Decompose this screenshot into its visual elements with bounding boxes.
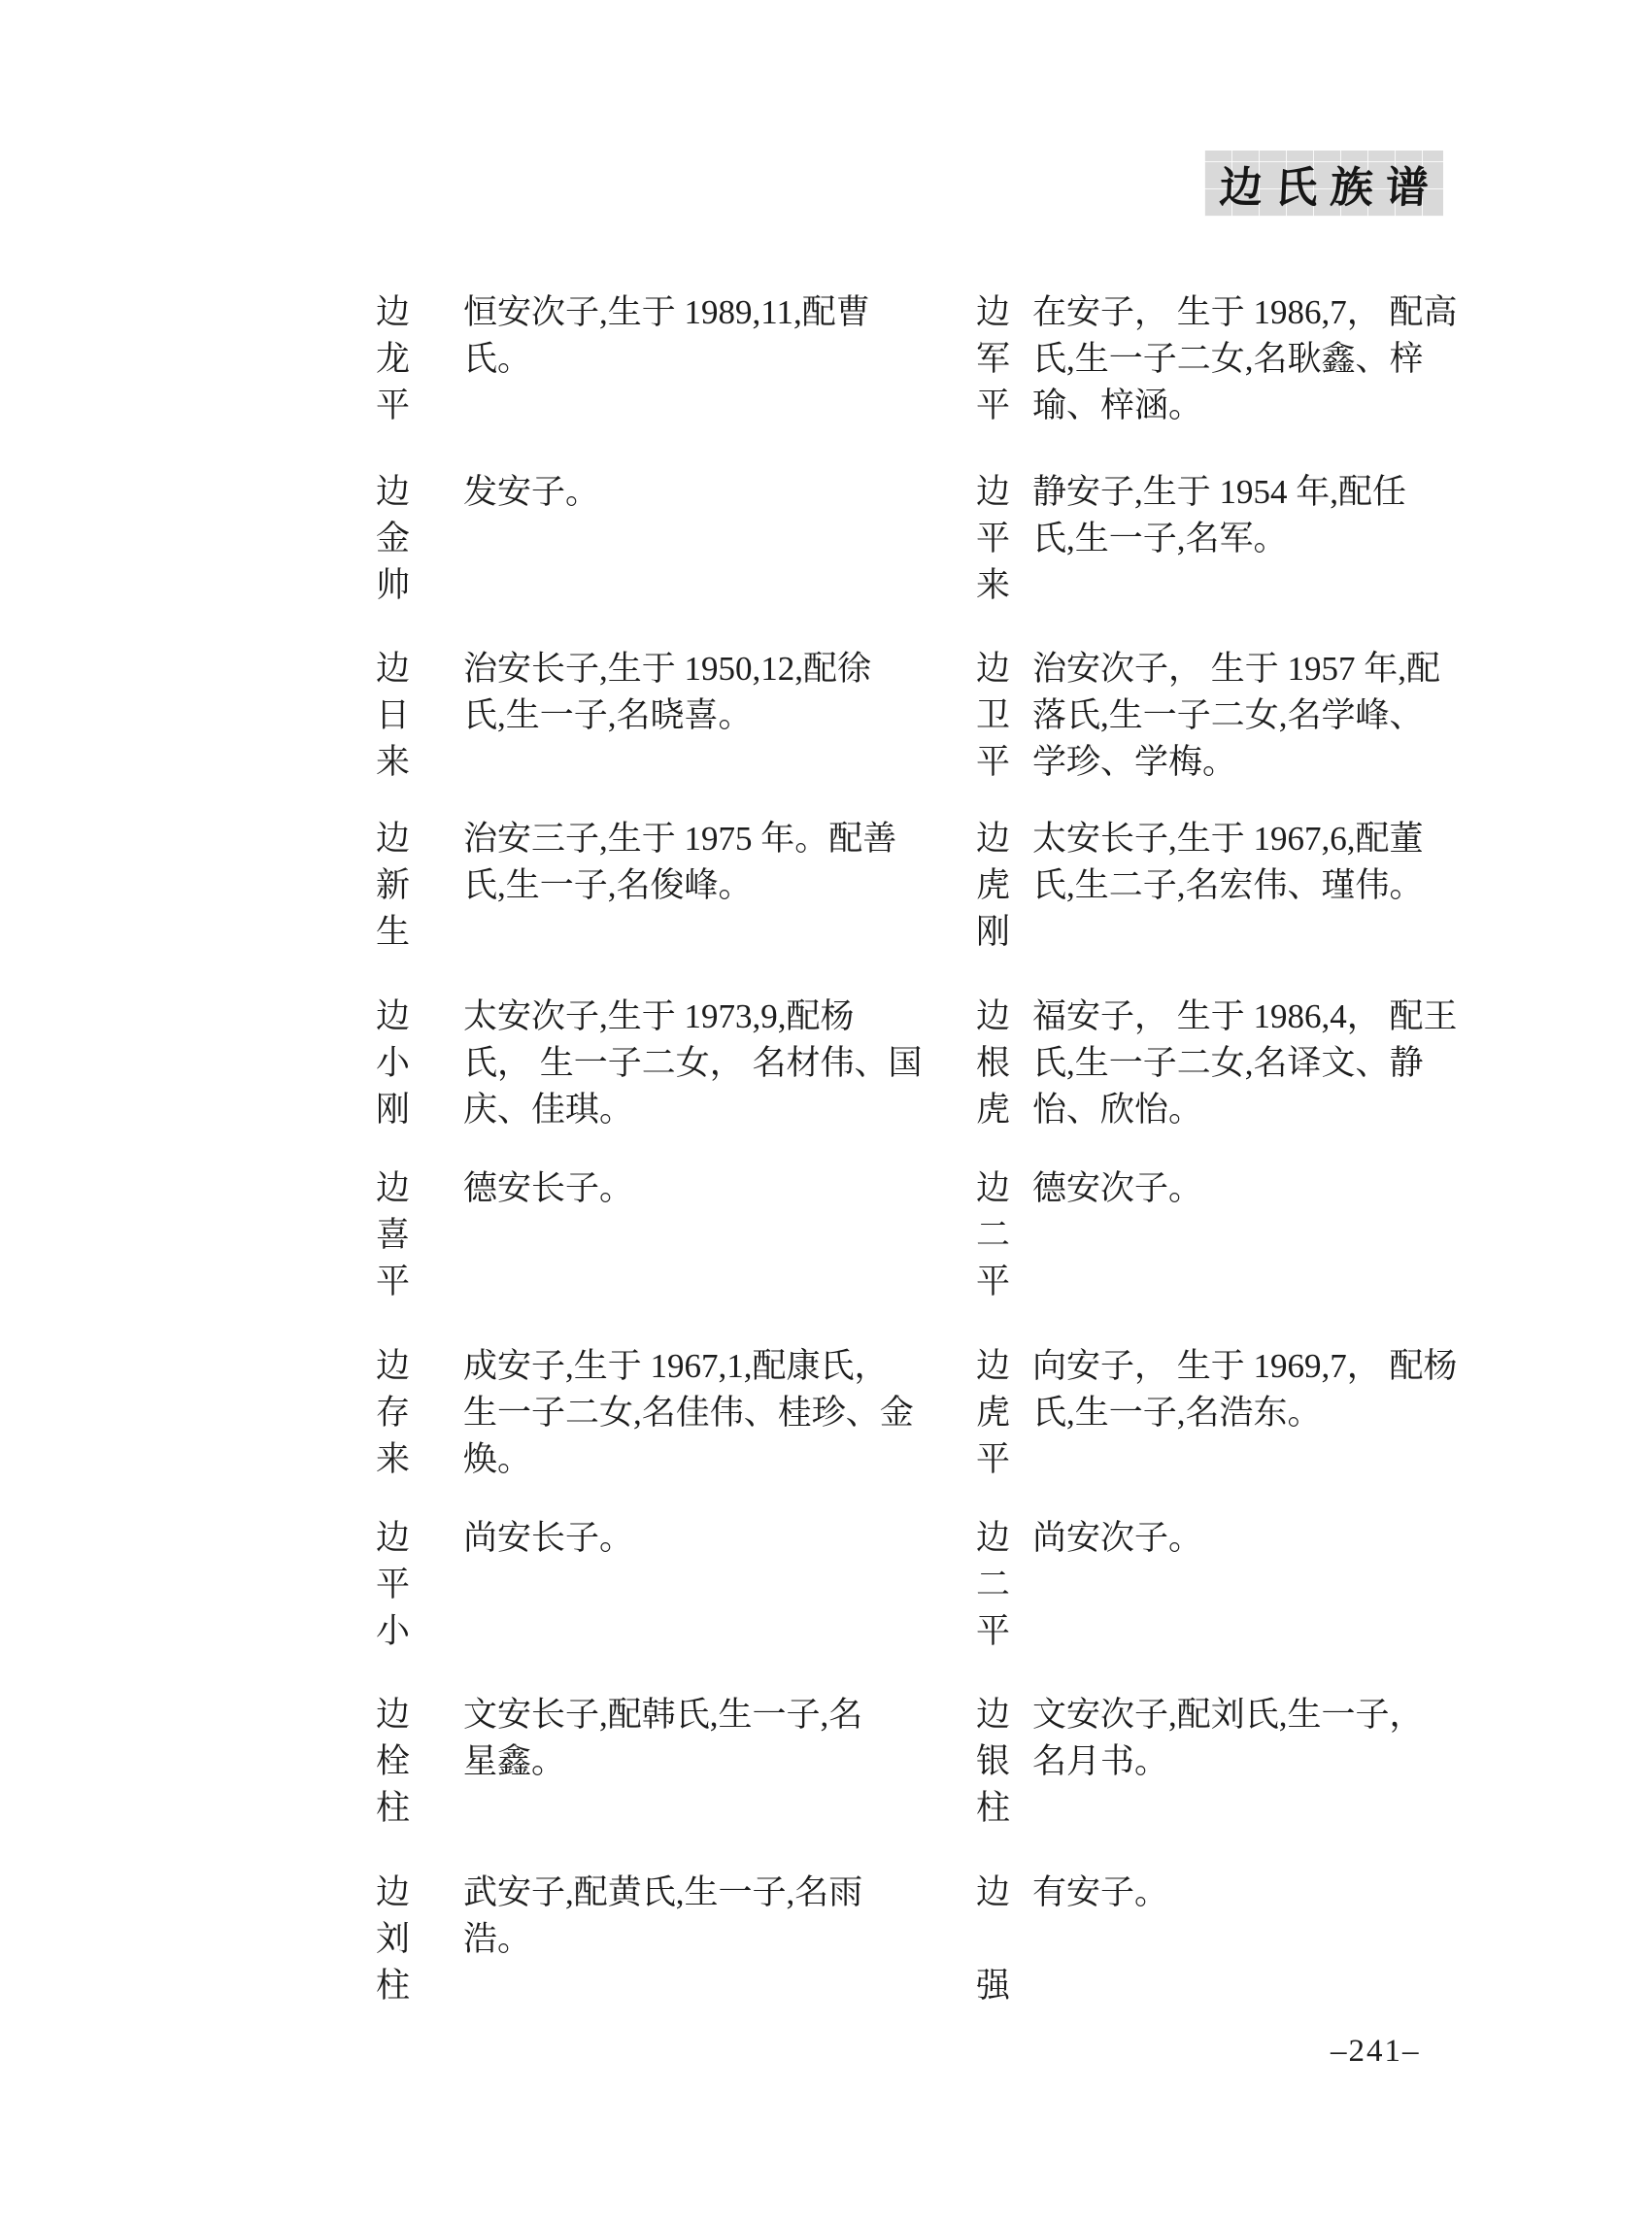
name-char: 来: [376, 739, 415, 786]
name-char: 来: [976, 562, 1015, 609]
name-char: 新: [376, 862, 415, 909]
description-line: 氏,生二子,名宏伟、瑾伟。: [1032, 862, 1424, 909]
description-line: 氏,生一子,名军。: [1032, 516, 1406, 562]
description-line: 文安长子,配韩氏,生一子,名: [463, 1692, 862, 1738]
description-line: 德安次子。: [1032, 1165, 1202, 1212]
person-name-vertical: 边 二 平: [976, 1165, 1015, 1305]
person-description: 成安子,生于 1967,1,配康氏， 生一子二女,名佳伟、桂珍、金 焕。: [463, 1343, 914, 1483]
person-description: 发安子。: [463, 469, 599, 609]
name-char: 日: [376, 692, 415, 739]
description-line: 恒安次子,生于 1989,11,配曹: [463, 289, 870, 336]
description-line: 名月书。: [1032, 1738, 1424, 1785]
name-char: 卫: [976, 692, 1015, 739]
description-line: [1032, 1963, 1168, 2009]
name-char: 边: [376, 1515, 415, 1562]
description-line: [463, 1259, 633, 1305]
description-line: [1032, 562, 1406, 609]
name-char: 二: [976, 1212, 1015, 1259]
person-name-vertical: 边 军 平: [976, 289, 1015, 429]
name-char: 边: [976, 469, 1015, 516]
person-description: 福安子， 生于 1986,4， 配王 氏,生一子二女,名译文、静 怡、欣怡。: [1032, 994, 1458, 1133]
description-line: 治安三子,生于 1975 年。配善: [463, 816, 896, 862]
person-name-vertical: 边 存 来: [376, 1343, 415, 1483]
description-line: 静安子,生于 1954 年,配任: [1032, 469, 1406, 516]
name-char: 虎: [976, 862, 1015, 909]
person-description: 尚安次子。: [1032, 1515, 1202, 1655]
description-line: 太安长子,生于 1967,6,配董: [1032, 816, 1424, 862]
person-name-vertical: 边 金 帅: [376, 469, 415, 609]
name-char: 边: [376, 1165, 415, 1212]
description-line: 怡、欣怡。: [1032, 1087, 1458, 1133]
name-char: 刘: [376, 1916, 415, 1963]
description-line: 焕。: [463, 1436, 914, 1483]
description-line: 尚安长子。: [463, 1515, 633, 1562]
description-line: 德安长子。: [463, 1165, 633, 1212]
name-char: 虎: [976, 1087, 1015, 1133]
name-char: 金: [376, 516, 415, 562]
person-name-vertical: 边 虎 平: [976, 1343, 1015, 1483]
person-description: 文安次子,配刘氏,生一子， 名月书。: [1032, 1692, 1424, 1832]
description-line: [1032, 1436, 1458, 1483]
person-description: 尚安长子。: [463, 1515, 633, 1655]
name-char: 银: [976, 1738, 1015, 1785]
description-line: 福安子， 生于 1986,4， 配王: [1032, 994, 1458, 1040]
person-name-vertical: 边 虎 刚: [976, 816, 1015, 956]
person-description: 恒安次子,生于 1989,11,配曹 氏。: [463, 289, 870, 429]
name-char: 栓: [376, 1738, 415, 1785]
description-line: [1032, 1608, 1202, 1655]
description-line: [463, 562, 599, 609]
name-char: 平: [976, 1436, 1015, 1483]
description-line: [1032, 1562, 1202, 1608]
description-line: 氏,生一子,名晓喜。: [463, 692, 871, 739]
name-char: 虎: [976, 1390, 1015, 1436]
description-line: 向安子， 生于 1969,7， 配杨: [1032, 1343, 1458, 1390]
description-line: [463, 383, 870, 429]
person-name-vertical: 边 平 来: [976, 469, 1015, 609]
person-name-vertical: 边 新 生: [376, 816, 415, 956]
person-name-vertical: 边 喜 平: [376, 1165, 415, 1305]
person-name-vertical: 边 强: [976, 1870, 1015, 2009]
name-char: 平: [976, 1608, 1015, 1655]
name-char: 柱: [976, 1785, 1015, 1832]
description-line: 武安子,配黄氏,生一子,名雨: [463, 1870, 862, 1916]
person-description: 太安长子,生于 1967,6,配董 氏,生二子,名宏伟、瑾伟。: [1032, 816, 1424, 956]
person-name-vertical: 边 银 柱: [976, 1692, 1015, 1832]
description-line: 氏， 生一子二女， 名材伟、国: [463, 1040, 923, 1087]
description-line: 瑜、梓涵。: [1032, 383, 1458, 429]
name-char: 平: [976, 1259, 1015, 1305]
name-char: 边: [376, 1870, 415, 1916]
name-char: 小: [376, 1608, 415, 1655]
name-char: 刚: [376, 1087, 415, 1133]
name-char: 平: [976, 516, 1015, 562]
description-line: 有安子。: [1032, 1870, 1168, 1916]
description-line: 发安子。: [463, 469, 599, 516]
description-line: 治安次子， 生于 1957 年,配: [1032, 646, 1440, 692]
name-char: 边: [376, 1343, 415, 1390]
name-char: 边: [976, 1343, 1015, 1390]
name-char: 边: [976, 1870, 1015, 1916]
person-name-vertical: 边 平 小: [376, 1515, 415, 1655]
person-name-vertical: 边 龙 平: [376, 289, 415, 429]
person-name-vertical: 边 卫 平: [976, 646, 1015, 786]
description-line: 氏,生一子二女,名译文、静: [1032, 1040, 1458, 1087]
name-char: 龙: [376, 336, 415, 383]
name-char: 边: [976, 994, 1015, 1040]
name-char: 边: [976, 1515, 1015, 1562]
person-name-vertical: 边 二 平: [976, 1515, 1015, 1655]
person-name-vertical: 边 栓 柱: [376, 1692, 415, 1832]
person-name-vertical: 边 根 虎: [976, 994, 1015, 1133]
page-number: –241–: [1331, 2034, 1421, 2070]
name-char: [976, 1916, 1015, 1963]
name-char: 平: [976, 383, 1015, 429]
name-char: 边: [376, 646, 415, 692]
person-description: 德安次子。: [1032, 1165, 1202, 1305]
person-description: 武安子,配黄氏,生一子,名雨 浩。: [463, 1870, 862, 2009]
name-char: 平: [376, 383, 415, 429]
genealogy-page: 边氏族谱 边 龙 平 恒安次子,生于 1989,11,配曹 氏。 边 军 平 在…: [0, 0, 1652, 2226]
description-line: 氏,生一子,名浩东。: [1032, 1390, 1458, 1436]
description-line: [1032, 1212, 1202, 1259]
name-char: 边: [976, 289, 1015, 336]
person-description: 治安次子， 生于 1957 年,配 落氏,生一子二女,名学峰、 学珍、学梅。: [1032, 646, 1440, 786]
description-line: 氏,生一子二女,名耿鑫、梓: [1032, 336, 1458, 383]
name-char: 平: [376, 1562, 415, 1608]
name-char: 二: [976, 1562, 1015, 1608]
description-line: 太安次子,生于 1973,9,配杨: [463, 994, 923, 1040]
name-char: 平: [976, 739, 1015, 786]
description-line: [1032, 1785, 1424, 1832]
description-line: [463, 1608, 633, 1655]
name-char: 强: [976, 1963, 1015, 2009]
person-description: 治安三子,生于 1975 年。配善 氏,生一子,名俊峰。: [463, 816, 896, 956]
description-line: [463, 1963, 862, 2009]
description-line: 生一子二女,名佳伟、桂珍、金: [463, 1390, 914, 1436]
description-line: 落氏,生一子二女,名学峰、: [1032, 692, 1440, 739]
name-char: 帅: [376, 562, 415, 609]
person-name-vertical: 边 小 刚: [376, 994, 415, 1133]
description-line: 治安长子,生于 1950,12,配徐: [463, 646, 871, 692]
description-line: 星鑫。: [463, 1738, 862, 1785]
name-char: 平: [376, 1259, 415, 1305]
description-line: 氏,生一子,名俊峰。: [463, 862, 896, 909]
description-line: 成安子,生于 1967,1,配康氏，: [463, 1343, 914, 1390]
description-line: [463, 909, 896, 956]
name-char: 军: [976, 336, 1015, 383]
name-char: 存: [376, 1390, 415, 1436]
name-char: 边: [976, 1165, 1015, 1212]
description-line: [463, 739, 871, 786]
person-description: 太安次子,生于 1973,9,配杨 氏， 生一子二女， 名材伟、国 庆、佳琪。: [463, 994, 923, 1133]
description-line: 氏。: [463, 336, 870, 383]
description-line: 学珍、学梅。: [1032, 739, 1440, 786]
description-line: [463, 516, 599, 562]
name-char: 边: [976, 646, 1015, 692]
description-line: 庆、佳琪。: [463, 1087, 923, 1133]
description-line: [1032, 1259, 1202, 1305]
name-char: 小: [376, 1040, 415, 1087]
page-title-text: 边氏族谱: [1205, 152, 1442, 215]
name-char: 边: [976, 1692, 1015, 1738]
description-line: 文安次子,配刘氏,生一子，: [1032, 1692, 1424, 1738]
person-name-vertical: 边 日 来: [376, 646, 415, 786]
description-line: [1032, 1916, 1168, 1963]
name-char: 边: [376, 1692, 415, 1738]
name-char: 生: [376, 909, 415, 956]
name-char: 柱: [376, 1785, 415, 1832]
description-line: 尚安次子。: [1032, 1515, 1202, 1562]
person-description: 治安长子,生于 1950,12,配徐 氏,生一子,名晓喜。: [463, 646, 871, 786]
name-char: 边: [376, 994, 415, 1040]
person-description: 德安长子。: [463, 1165, 633, 1305]
person-description: 向安子， 生于 1969,7， 配杨 氏,生一子,名浩东。: [1032, 1343, 1458, 1483]
description-line: 浩。: [463, 1916, 862, 1963]
name-char: 来: [376, 1436, 415, 1483]
description-line: [463, 1212, 633, 1259]
description-line: [463, 1562, 633, 1608]
person-description: 文安长子,配韩氏,生一子,名 星鑫。: [463, 1692, 862, 1832]
person-description: 有安子。: [1032, 1870, 1168, 2009]
description-line: [1032, 909, 1424, 956]
person-description: 在安子， 生于 1986,7， 配高 氏,生一子二女,名耿鑫、梓 瑜、梓涵。: [1032, 289, 1458, 429]
name-char: 边: [376, 469, 415, 516]
name-char: 根: [976, 1040, 1015, 1087]
person-description: 静安子,生于 1954 年,配任 氏,生一子,名军。: [1032, 469, 1406, 609]
name-char: 边: [376, 816, 415, 862]
name-char: 喜: [376, 1212, 415, 1259]
page-title: 边氏族谱: [1204, 151, 1443, 217]
name-char: 边: [376, 289, 415, 336]
description-line: 在安子， 生于 1986,7， 配高: [1032, 289, 1458, 336]
name-char: 刚: [976, 909, 1015, 956]
name-char: 边: [976, 816, 1015, 862]
description-line: [463, 1785, 862, 1832]
person-name-vertical: 边 刘 柱: [376, 1870, 415, 2009]
name-char: 柱: [376, 1963, 415, 2009]
